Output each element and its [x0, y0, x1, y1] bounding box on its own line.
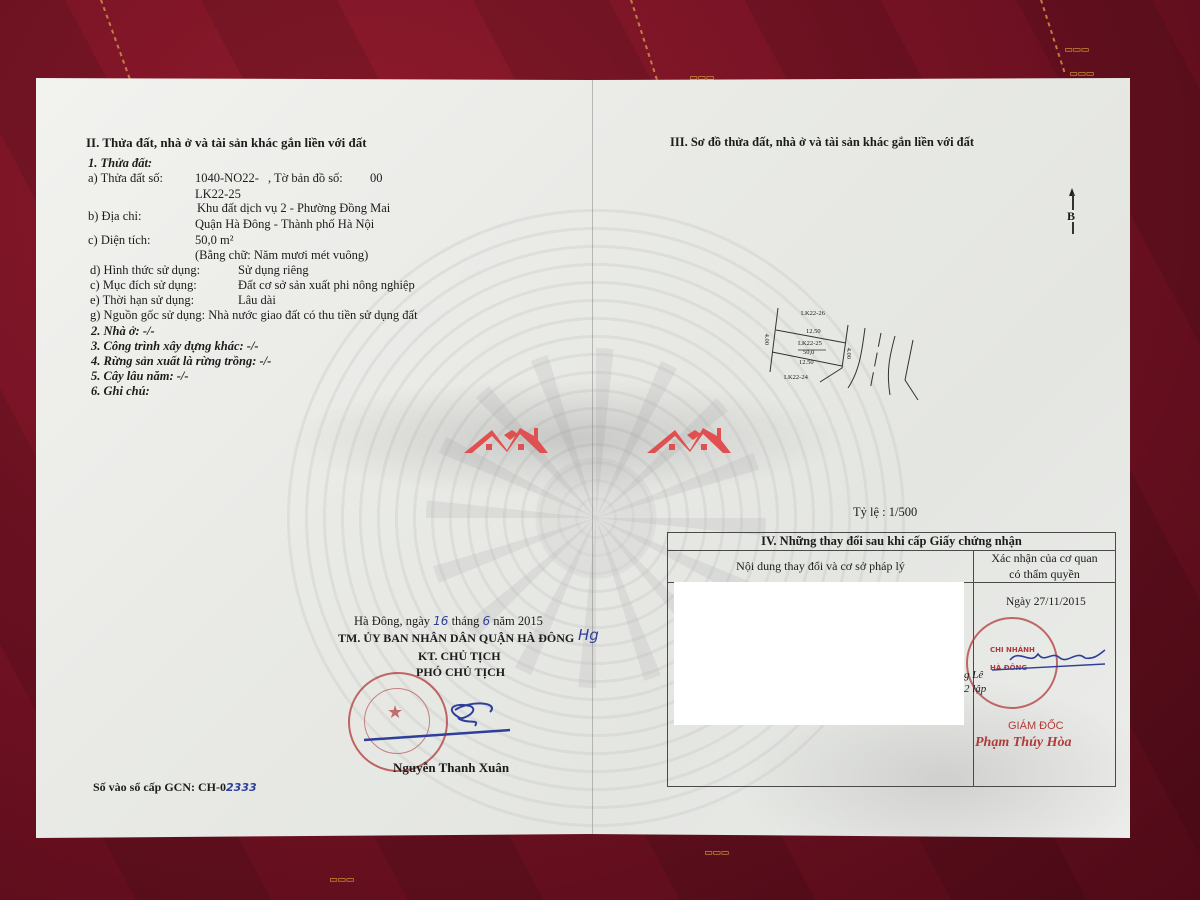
col2-header-line1: Xác nhận của cơ quan — [991, 551, 1097, 565]
plot-id-label: LK22-25 — [798, 341, 822, 348]
confirmation-date: Ngày 27/11/2015 — [1006, 597, 1086, 609]
parcel-sketch-map — [750, 300, 930, 410]
fabric-stitch — [630, 0, 660, 86]
fabric-embroidery: ▭▭▭ — [1065, 42, 1090, 56]
forest-line: 4. Rừng sản xuất là rừng trồng: -/- — [91, 355, 271, 368]
partial-text2: 2 lập — [964, 684, 986, 695]
director-title: GIÁM ĐỐC — [1008, 721, 1064, 732]
issuing-org: TM. ỦY BAN NHÂN DÂN QUẬN HÀ ĐÔNG — [338, 632, 574, 644]
house-logo-watermark-icon — [645, 420, 735, 460]
area-value: 50,0 m² — [195, 234, 233, 247]
registry-label: Số vào sổ cấp GCN: CH-0 — [93, 780, 226, 794]
north-arrow: B — [1067, 188, 1079, 240]
title-vice-chairman: PHÓ CHỦ TỊCH — [416, 666, 505, 678]
col-confirmation-header: Xác nhận của cơ quan có thẩm quyền — [974, 551, 1116, 583]
issue-date: Hà Đông, ngày 16 tháng 6 năm 2015 — [354, 615, 543, 628]
plot-below-label: LK22-24 — [784, 375, 808, 382]
issue-year: năm 2015 — [493, 614, 543, 628]
purpose-value: Đất cơ sở sản xuất phi nông nghiệp — [238, 279, 415, 292]
bottom-length-label: 12.50 — [799, 360, 814, 367]
parcel-value: 1040-NO22- — [195, 172, 259, 185]
other-construction-line: 3. Công trình xây dựng khác: -/- — [91, 340, 259, 353]
director-name: Phạm Thúy Hòa — [975, 736, 1071, 750]
parcel-value-line2: LK22-25 — [195, 188, 241, 201]
purpose-label: c) Mục đích sử dụng: — [90, 279, 197, 292]
col-changes-header: Nội dung thay đổi và cơ sở pháp lý — [668, 551, 974, 583]
area-label: c) Diện tích: — [88, 234, 150, 247]
issue-day: 16 — [433, 614, 448, 628]
left-width-label: 4.00 — [762, 334, 769, 345]
signature-director — [990, 640, 1110, 675]
section3-heading: III. Sơ đồ thửa đất, nhà ở và tài sản kh… — [670, 136, 974, 149]
month-label: tháng — [452, 614, 480, 628]
notes-line: 6. Ghi chú: — [91, 385, 150, 398]
house-line: 2. Nhà ở: -/- — [91, 325, 155, 338]
term-label: e) Thời hạn sử dụng: — [90, 294, 194, 307]
usage-form-label: d) Hình thức sử dụng: — [90, 264, 200, 277]
redacted-content — [674, 582, 964, 725]
date-prefix: Hà Đông, ngày — [354, 614, 430, 628]
fabric-stitch — [1040, 0, 1067, 76]
perennial-line: 5. Cây lâu năm: -/- — [91, 370, 189, 383]
house-logo-watermark-icon — [462, 420, 552, 460]
fabric-embroidery: ▭▭▭ — [1070, 66, 1095, 80]
map-sheet-value: 00 — [370, 172, 383, 185]
issue-month: 6 — [482, 614, 490, 628]
initials-signature: Hg — [578, 628, 599, 643]
address-line1: Khu đất dịch vụ 2 - Phường Đồng Mai — [197, 202, 390, 215]
plot-area-label: 50,0 — [803, 350, 814, 357]
fabric-embroidery: ▭▭▭ — [330, 872, 355, 886]
right-width-label: 4.00 — [844, 348, 851, 359]
fabric-stitch — [100, 0, 133, 85]
parcel-label: a) Thửa đất số: — [88, 172, 163, 185]
address-label: b) Địa chỉ: — [88, 210, 141, 223]
section2-heading: II. Thửa đất, nhà ở và tài sản khác gắn … — [86, 136, 367, 149]
usage-form-value: Sử dụng riêng — [238, 264, 309, 277]
plot-above-label: LK22-26 — [801, 311, 825, 318]
registry-number: Số vào sổ cấp GCN: CH-02333 — [93, 781, 257, 793]
term-value: Lâu dài — [238, 294, 276, 307]
map-sheet-label: , Tờ bản đồ số: — [268, 172, 343, 185]
fabric-embroidery: ▭▭▭ — [705, 845, 730, 859]
scale-label: Tỷ lệ : 1/500 — [853, 506, 917, 519]
land-heading: 1. Thửa đất: — [88, 157, 152, 170]
address-line2: Quận Hà Đông - Thành phố Hà Nội — [195, 218, 374, 231]
north-label: B — [1067, 210, 1075, 222]
col2-header-line2: có thẩm quyền — [1009, 567, 1080, 581]
signature-nguyen-thanh-xuan — [360, 690, 520, 750]
area-words: (Bằng chữ: Năm mươi mét vuông) — [195, 249, 368, 262]
registry-handwritten-number: 2333 — [226, 781, 257, 794]
center-fold — [592, 78, 593, 838]
title-chairman: KT. CHỦ TỊCH — [418, 650, 501, 662]
signer-name: Nguyễn Thanh Xuân — [393, 761, 509, 774]
section4-heading: IV. Những thay đổi sau khi cấp Giấy chứn… — [668, 533, 1116, 551]
partial-text1: g Lê — [964, 670, 983, 681]
top-length-label: 12.50 — [806, 329, 821, 336]
origin-line: g) Nguồn gốc sử dụng: Nhà nước giao đất … — [90, 309, 418, 322]
